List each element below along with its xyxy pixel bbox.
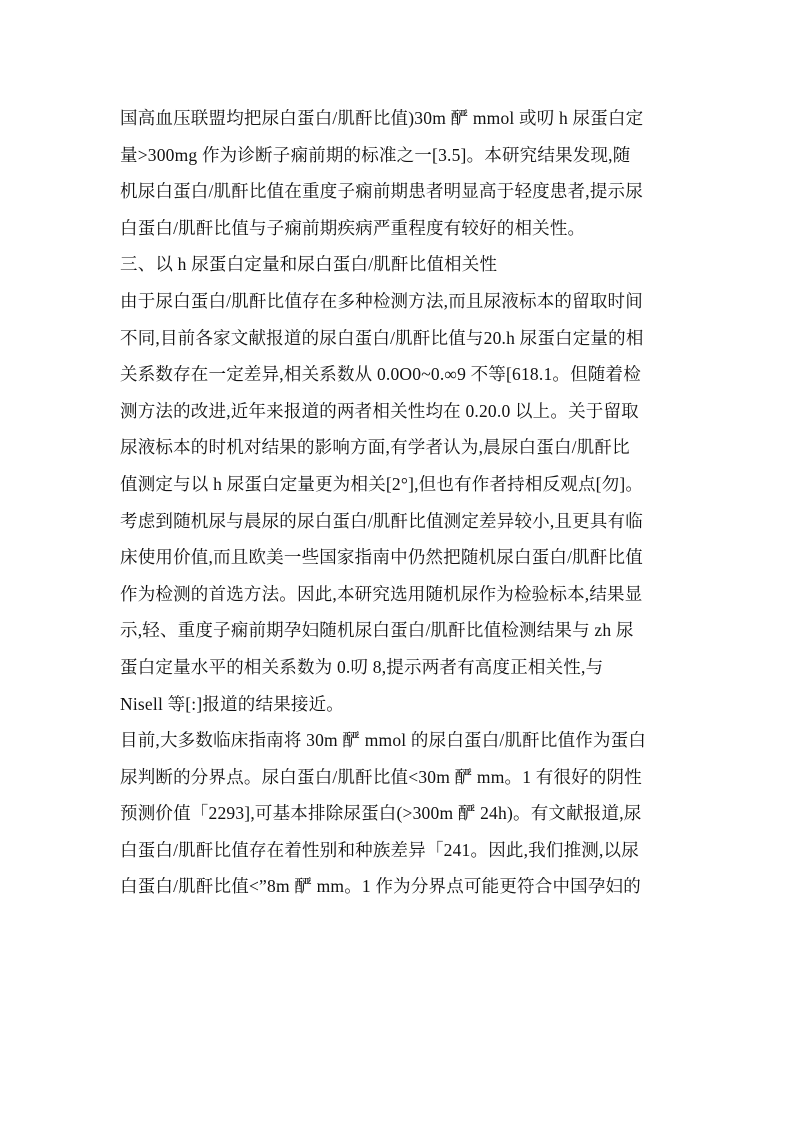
paragraph-line: 白蛋白/肌酐比值与子痫前期疾病严重程度有较好的相关性。 <box>120 210 690 247</box>
paragraph-line: 测方法的改进,近年来报道的两者相关性均在 0.20.0 以上。关于留取 <box>120 393 690 430</box>
paragraph-line: 值测定与以 h 尿蛋白定量更为相关[2°],但也有作者持相反观点[勿]。 <box>120 466 690 503</box>
paragraph-line: 由于尿白蛋白/肌酐比值存在多种检测方法,而且尿液标本的留取时间 <box>120 283 690 320</box>
paragraph-line: 示,轻、重度子痫前期孕妇随机尿白蛋白/肌酐比值检测结果与 zh 尿 <box>120 612 690 649</box>
paragraph-line: 尿液标本的时机对结果的影响方面,有学者认为,晨尿白蛋白/肌酐比 <box>120 429 690 466</box>
paragraph-line: 目前,大多数临床指南将 30m 酽 mmol 的尿白蛋白/肌酐比值作为蛋白 <box>120 722 690 759</box>
paragraph-line: 考虑到随机尿与晨尿的尿白蛋白/肌酐比值测定差异较小,且更具有临 <box>120 503 690 540</box>
paragraph-line: 白蛋白/肌酐比值存在着性别和种族差异「241。因此,我们推测,以尿 <box>120 832 690 869</box>
section-heading: 三、以 h 尿蛋白定量和尿白蛋白/肌酐比值相关性 <box>120 246 690 283</box>
paragraph-line: 不同,目前各家文献报道的尿白蛋白/肌酐比值与20.h 尿蛋白定量的相 <box>120 320 690 357</box>
paragraph-line: Nisell 等[:]报道的结果接近。 <box>120 686 690 723</box>
paragraph-line: 关系数存在一定差异,相关系数从 0.0O0~0.∞9 不等[618.1。但随着检 <box>120 356 690 393</box>
paragraph-line: 量>300mg 作为诊断子痫前期的标准之一[3.5]。本研究结果发现,随 <box>120 137 690 174</box>
paragraph-line: 尿判断的分界点。尿白蛋白/肌酐比值<30m 酽 mm。1 有很好的阴性 <box>120 759 690 796</box>
paragraph-line: 白蛋白/肌酐比值<”8m 酽 mm。1 作为分界点可能更符合中国孕妇的 <box>120 868 690 905</box>
paragraph-line: 预测价值「2293],可基本排除尿蛋白(>300m 酽 24h)。有文献报道,尿 <box>120 795 690 832</box>
document-page: 国高血压联盟均把尿白蛋白/肌酐比值)30m 酽 mmol 或叨 h 尿蛋白定 量… <box>120 100 690 905</box>
paragraph-line: 蛋白定量水平的相关系数为 0.叨 8,提示两者有高度正相关性,与 <box>120 649 690 686</box>
paragraph-line: 床使用价值,而且欧美一些国家指南中仍然把随机尿白蛋白/肌酐比值 <box>120 539 690 576</box>
paragraph-line: 国高血压联盟均把尿白蛋白/肌酐比值)30m 酽 mmol 或叨 h 尿蛋白定 <box>120 100 690 137</box>
paragraph-line: 作为检测的首选方法。因此,本研究选用随机尿作为检验标本,结果显 <box>120 576 690 613</box>
paragraph-line: 机尿白蛋白/肌酐比值在重度子痫前期患者明显高于轻度患者,提示尿 <box>120 173 690 210</box>
